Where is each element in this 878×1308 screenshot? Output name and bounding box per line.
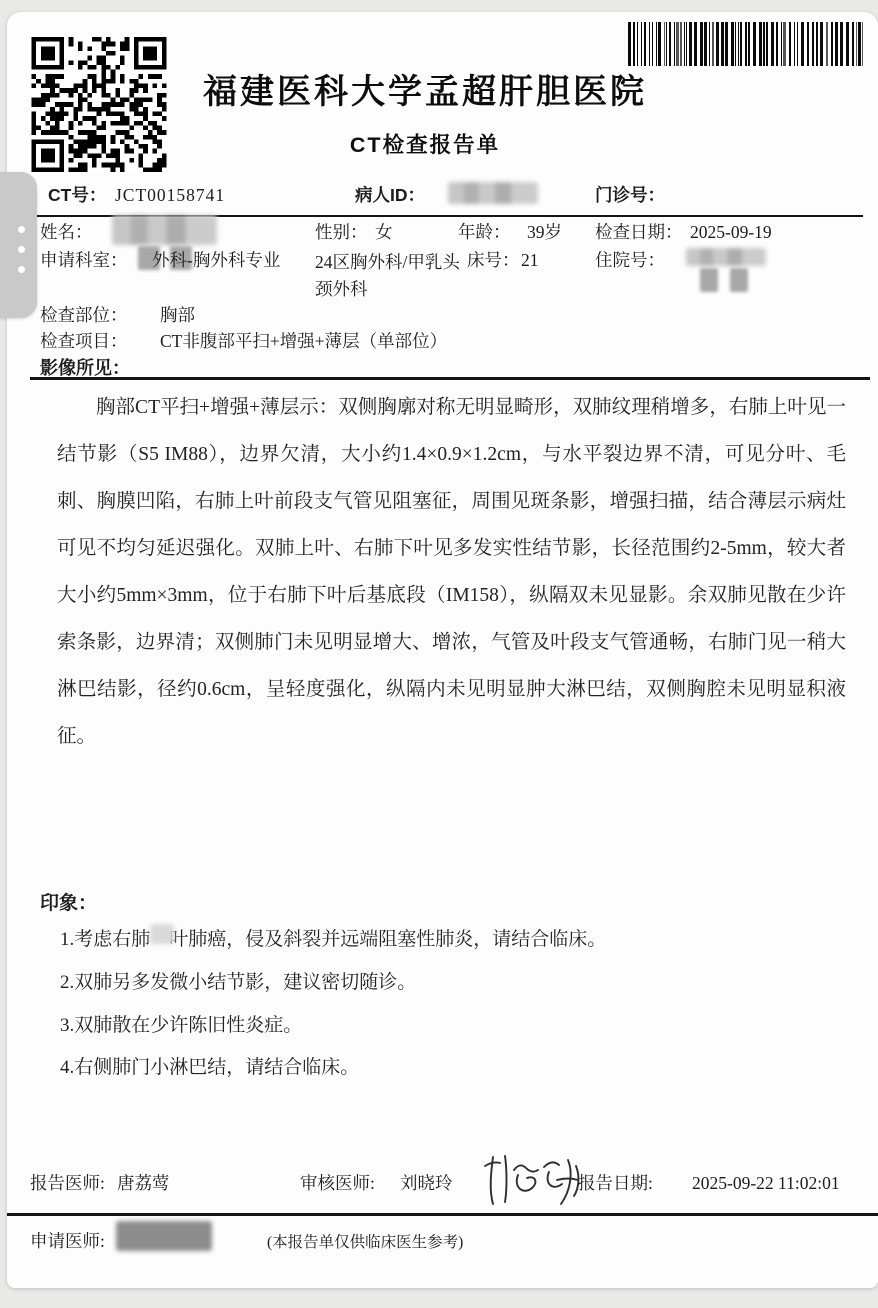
exam-date-value: 2025-09-19 xyxy=(690,221,772,243)
report-note: (本报告单仅供临床医生参考) xyxy=(267,1230,463,1252)
report-date-value: 2025-09-22 11:02:01 xyxy=(692,1172,840,1194)
impression-item: 4.右侧肺门小淋巴结，请结合临床。 xyxy=(60,1046,359,1089)
review-doctor-label: 审核医师: xyxy=(300,1172,375,1194)
inpatient-number-redaction xyxy=(700,268,718,292)
ct-number-value: JCT00158741 xyxy=(115,184,225,206)
exam-item-value: CT非腹部平扫+增强+薄层（单部位） xyxy=(160,330,447,352)
exam-item-label: 检查项目： xyxy=(40,330,128,352)
age-value: 39岁 xyxy=(527,221,562,243)
inpatient-number-redaction xyxy=(730,268,748,292)
name-label: 姓名： xyxy=(40,221,93,243)
impression-heading: 印象： xyxy=(40,888,97,915)
bed-label: 床号： xyxy=(467,249,520,271)
barcode-icon xyxy=(628,22,863,66)
patient-id-label: 病人ID： xyxy=(355,184,425,206)
exam-date-label: 检查日期： xyxy=(595,221,683,243)
impression-item: 3.双肺散在少许陈旧性炎症。 xyxy=(60,1004,302,1047)
report-doctor-value: 唐荔莺 xyxy=(117,1172,170,1194)
gender-value: 女 xyxy=(375,221,393,243)
handle-dot-icon xyxy=(18,246,25,253)
divider-findings xyxy=(30,377,870,380)
report-date-label: 报告日期: xyxy=(578,1172,653,1194)
findings-text: 胸部CT平扫+增强+薄层示：双侧胸廓对称无明显畸形，双肺纹理稍增多，右肺上叶见一… xyxy=(57,384,846,760)
handle-dot-icon xyxy=(18,226,25,233)
ct-number-label: CT号： xyxy=(48,184,106,206)
name-redaction xyxy=(112,215,217,245)
department-value: 外科-胸外科专业 xyxy=(152,249,280,271)
gender-label: 性别： xyxy=(315,221,368,243)
impression-item: 2.双肺另多发微小结节影，建议密切随诊。 xyxy=(60,961,416,1004)
outpatient-number-label: 门诊号： xyxy=(595,184,665,206)
inpatient-number-label: 住院号： xyxy=(595,249,665,271)
review-doctor-value: 刘晓玲 xyxy=(400,1172,453,1194)
doctor-signature xyxy=(480,1150,592,1210)
handle-dot-icon xyxy=(18,266,25,273)
ward-value: 24区胸外科/甲乳头颈外科 xyxy=(315,249,461,303)
bed-value: 21 xyxy=(521,249,539,271)
divider-footer xyxy=(7,1213,878,1216)
body-part-value: 胸部 xyxy=(160,304,195,326)
age-label: 年龄： xyxy=(458,221,511,243)
request-doctor-label: 申请医师: xyxy=(30,1230,105,1252)
screen: 福建医科大学孟超肝胆医院 CT检查报告单 CT号： JCT00158741 病人… xyxy=(0,0,878,1308)
report-doctor-label: 报告医师: xyxy=(30,1172,105,1194)
body-part-label: 检查部位： xyxy=(40,304,128,326)
report-title: CT检查报告单 xyxy=(30,128,820,159)
patient-id-redaction xyxy=(448,182,538,204)
department-label: 申请科室： xyxy=(40,249,128,271)
impression-redaction xyxy=(150,924,174,944)
float-handle[interactable] xyxy=(0,172,37,318)
hospital-name: 福建医科大学孟超肝胆医院 xyxy=(30,64,820,113)
request-doctor-redaction xyxy=(116,1221,212,1251)
inpatient-number-redaction xyxy=(686,248,766,266)
impression-item: 1.考虑右肺 叶肺癌，侵及斜裂并远端阻塞性肺炎，请结合临床。 xyxy=(60,918,606,961)
